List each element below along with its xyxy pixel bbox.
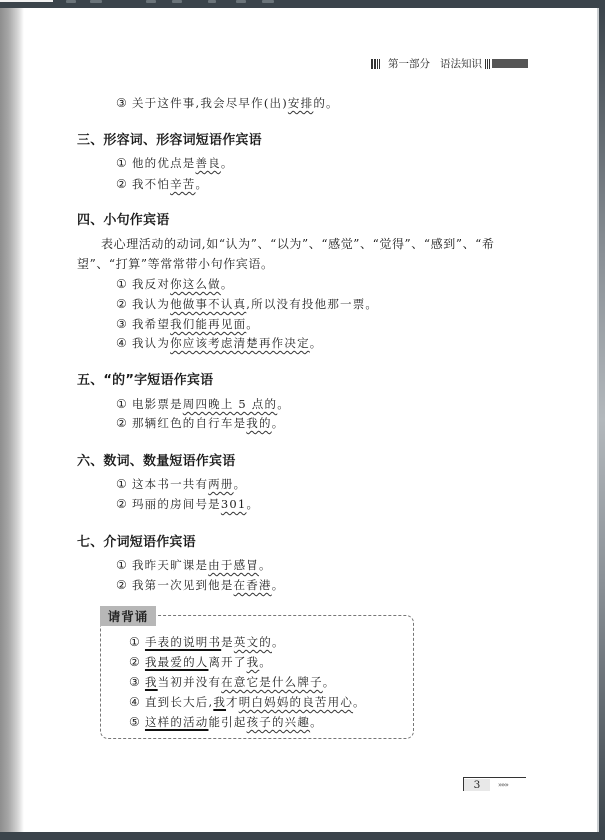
subject-underlined: 这样的活动 <box>145 715 209 729</box>
example-line: ②我认为他做事不认真,所以没有投他那一票。 <box>116 296 378 312</box>
subject-underlined: 手表的说明书 <box>145 635 221 649</box>
subject-underlined: 我 <box>213 695 226 709</box>
item-number: ③ <box>129 675 141 689</box>
object-underlined: 我们能再见面 <box>170 317 246 331</box>
example-line: ②我第一次见到他是在香港。 <box>116 577 284 593</box>
section-heading: 七、介词短语作宾语 <box>77 531 196 550</box>
book-icon[interactable] <box>172 0 182 3</box>
sentence-text: 。 <box>272 416 285 430</box>
back-icon[interactable] <box>66 0 76 3</box>
item-number: ① <box>116 477 128 491</box>
example-line: ③我希望我们能再见面。 <box>116 316 259 332</box>
example-line: ①他的优点是善良。 <box>116 155 234 171</box>
sentence-text: 。 <box>272 635 285 649</box>
object-underlined: 辛苦 <box>170 177 195 191</box>
sentence-text: 。 <box>323 675 336 689</box>
example-line: ①这本书一共有两册。 <box>116 476 246 492</box>
sentence-text: ,所以没有投他那一票。 <box>246 297 378 311</box>
item-number: ② <box>116 578 128 592</box>
example-line: ①我昨天旷课是由于感冒。 <box>116 557 272 573</box>
sentence-text: 。 <box>221 156 234 170</box>
object-underlined: 孩子的兴趣 <box>247 715 311 729</box>
scrollbar[interactable] <box>599 8 605 832</box>
recite-line: ④直到长大后,我才明白妈妈的良苦用心。 <box>129 694 366 710</box>
forward-icon[interactable] <box>90 0 102 3</box>
sentence-text: 电影票是 <box>132 397 183 411</box>
sentence-text: 当初并没有 <box>158 675 222 689</box>
page-icon[interactable] <box>208 0 216 3</box>
object-underlined: 两册 <box>208 477 233 491</box>
sentence-text: 的。 <box>313 96 338 110</box>
sentence-text: 这本书一共有 <box>132 477 208 491</box>
item-number: ① <box>116 558 128 572</box>
page-folio: 3 »»» <box>463 777 526 791</box>
page-spine-shadow <box>0 8 24 832</box>
zoom-icon[interactable] <box>236 0 246 3</box>
object-underlined: 善良 <box>195 156 220 170</box>
page-number: 3 <box>464 779 490 791</box>
sentence-text: 离开了 <box>208 655 246 669</box>
sentence-text: 他的优点是 <box>132 156 196 170</box>
head-bars-decoration <box>371 59 380 69</box>
object-underlined: 你这么做 <box>170 277 221 291</box>
sentence-text: 。 <box>246 497 259 511</box>
section-heading: 五、“的”字短语作宾语 <box>77 369 213 388</box>
example-line: ②我不怕辛苦。 <box>116 176 208 192</box>
sentence-text: 。 <box>195 177 208 191</box>
sentence-text: 。 <box>310 715 323 729</box>
recite-line: ③我当初并没有在意它是什么牌子。 <box>129 674 335 690</box>
viewer-toolbar <box>0 0 605 8</box>
sentence-text: 直到长大后, <box>145 695 213 709</box>
sentence-text: 。 <box>259 558 272 572</box>
sentence-text: 我反对 <box>132 277 170 291</box>
head-bar-decoration <box>485 59 528 69</box>
sentence-text: 我希望 <box>132 317 170 331</box>
item-number: ② <box>116 177 128 191</box>
item-number: ③ <box>116 317 128 331</box>
item-number: ③ <box>116 96 128 110</box>
sentence-text: 那辆红色的自行车是 <box>132 416 246 430</box>
sentence-text: 。 <box>234 477 247 491</box>
section-title: 语法知识 <box>440 56 482 71</box>
object-underlined: 我 <box>247 655 260 669</box>
item-number: ② <box>116 416 128 430</box>
item-number: ① <box>129 635 141 649</box>
example-line: ②玛丽的房间号是301。 <box>116 496 259 512</box>
item-number: ④ <box>129 695 141 709</box>
item-number: ② <box>129 655 141 669</box>
grid-icon[interactable] <box>146 0 156 3</box>
section-heading: 六、数词、数量短语作宾语 <box>77 450 235 469</box>
section-heading: 四、小句作宾语 <box>77 209 169 228</box>
item-number: ① <box>116 277 128 291</box>
sentence-text: 。 <box>272 578 285 592</box>
settings-icon[interactable] <box>262 0 274 3</box>
explanation-paragraph: 表心理活动的动词,如“认为”、“以为”、“感觉”、“觉得”、“感到”、“希望”、… <box>77 234 537 274</box>
object-underlined: 明白妈妈的良苦用心 <box>239 695 353 709</box>
object-underlined: 由于感冒 <box>208 558 259 572</box>
example-line: ①电影票是周四晚上 5 点的。 <box>116 396 290 412</box>
item-number: ④ <box>116 336 128 350</box>
sentence-text: 能引起 <box>208 715 246 729</box>
toolbar-tab[interactable] <box>0 0 53 2</box>
sentence-text: 才 <box>226 695 239 709</box>
object-underlined: 在意它是什么牌子 <box>221 675 323 689</box>
object-underlined: 安排 <box>288 96 313 110</box>
subject-underlined: 我最爱的人 <box>145 655 209 669</box>
section-heading: 三、形容词、形容词短语作宾语 <box>77 129 262 148</box>
object-underlined: 在香港 <box>234 578 272 592</box>
arrows-decoration-icon: »»» <box>498 781 508 789</box>
object-underlined: 我的 <box>246 416 271 430</box>
recite-line: ⑤这样的活动能引起孩子的兴趣。 <box>129 714 323 730</box>
object-underlined: 301 <box>221 497 247 511</box>
recite-label: 请背诵 <box>100 606 156 626</box>
item-number: ⑤ <box>129 715 141 729</box>
recite-line: ②我最爱的人离开了我。 <box>129 654 272 670</box>
example-line: ④我认为你应该考虑清楚再作决定。 <box>116 335 322 351</box>
sentence-text: 玛丽的房间号是 <box>132 497 221 511</box>
sentence-text: 我认为 <box>132 297 170 311</box>
sentence-text: 关于这件事,我会尽早作(出) <box>132 96 288 110</box>
item-number: ① <box>116 397 128 411</box>
sentence-text: 。 <box>221 277 234 291</box>
example-line: ③关于这件事,我会尽早作(出)安排的。 <box>116 95 339 111</box>
example-line: ②那辆红色的自行车是我的。 <box>116 415 284 431</box>
sentence-text: 。 <box>259 655 272 669</box>
sentence-text: 是 <box>221 635 234 649</box>
sentence-text: 。 <box>277 397 290 411</box>
sentence-text: 我昨天旷课是 <box>132 558 208 572</box>
sentence-text: 。 <box>353 695 366 709</box>
object-underlined: 周四晚上 5 点的 <box>183 397 277 411</box>
item-number: ① <box>116 156 128 170</box>
subject-underlined: 我 <box>145 675 158 689</box>
sentence-text: 。 <box>310 336 323 350</box>
sentence-text: 我认为 <box>132 336 170 350</box>
item-number: ② <box>116 297 128 311</box>
object-underlined: 你应该考虑清楚再作决定 <box>170 336 310 350</box>
running-head: 第一部分 语法知识 <box>371 57 528 70</box>
sentence-text: 。 <box>246 317 259 331</box>
item-number: ② <box>116 497 128 511</box>
sentence-text: 我第一次见到他是 <box>132 578 234 592</box>
object-underlined: 他做事不认真 <box>170 297 246 311</box>
object-underlined: 英文的 <box>234 635 272 649</box>
sentence-text: 我不怕 <box>132 177 170 191</box>
recite-line: ①手表的说明书是英文的。 <box>129 634 285 650</box>
part-label: 第一部分 <box>388 56 430 71</box>
example-line: ①我反对你这么做。 <box>116 276 234 292</box>
